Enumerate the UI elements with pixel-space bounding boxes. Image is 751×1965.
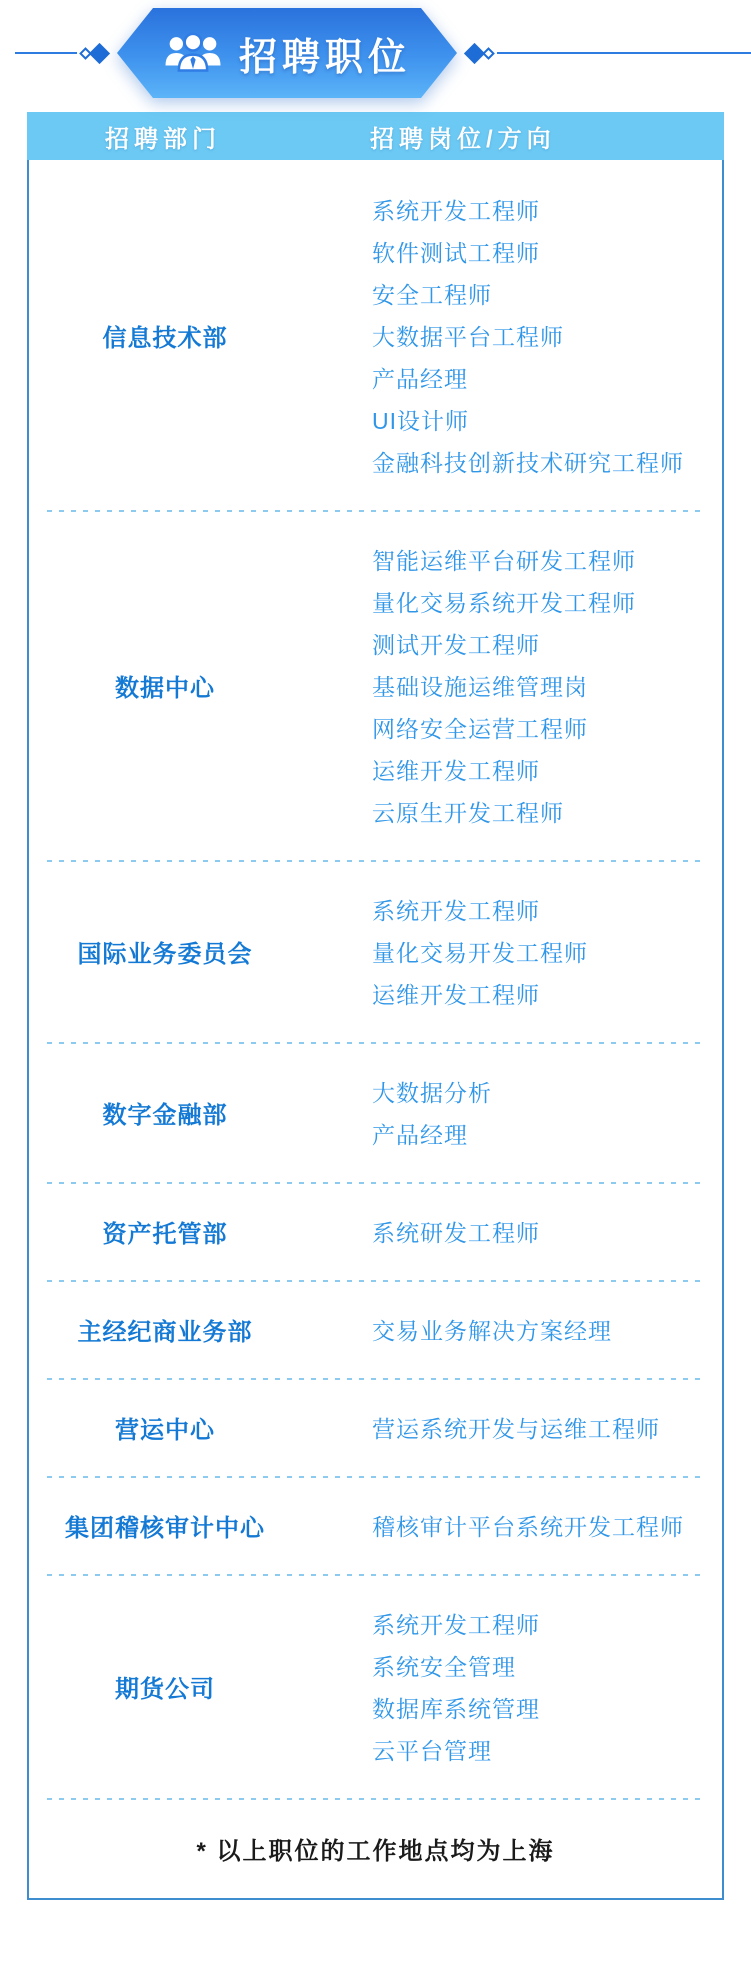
position-item: 智能运维平台研发工程师 (372, 538, 722, 580)
position-item: 系统开发工程师 (372, 1602, 722, 1644)
position-item: 云平台管理 (372, 1728, 722, 1770)
position-item: 系统开发工程师 (372, 888, 722, 930)
position-item: 软件测试工程师 (372, 230, 722, 272)
position-item: 交易业务解决方案经理 (372, 1308, 722, 1350)
position-list: 稽核审计平台系统开发工程师 (301, 1504, 722, 1546)
department-section: 资产托管部 系统研发工程师 (29, 1182, 722, 1280)
banner-title: 招聘职位 (239, 26, 411, 81)
position-item: UI设计师 (372, 398, 722, 440)
department-section: 营运中心 营运系统开发与运维工程师 (29, 1378, 722, 1476)
position-item: 产品经理 (372, 356, 722, 398)
department-section: 集团稽核审计中心 稽核审计平台系统开发工程师 (29, 1476, 722, 1574)
department-name: 数据中心 (29, 538, 301, 832)
position-item: 运维开发工程师 (372, 748, 722, 790)
department-name: 集团稽核审计中心 (29, 1504, 301, 1546)
department-name: 期货公司 (29, 1602, 301, 1770)
position-item: 量化交易系统开发工程师 (372, 580, 722, 622)
department-section: 数字金融部 大数据分析产品经理 (29, 1042, 722, 1182)
department-name: 资产托管部 (29, 1210, 301, 1252)
team-icon (163, 31, 223, 75)
table-header-row: 招聘部门 招聘岗位/方向 (27, 112, 724, 160)
department-name: 营运中心 (29, 1406, 301, 1448)
position-item: 基础设施运维管理岗 (372, 664, 722, 706)
decor-diamonds-right (467, 46, 493, 61)
position-item: 系统研发工程师 (372, 1210, 722, 1252)
hollow-diamond-icon (482, 47, 495, 60)
position-item: 系统安全管理 (372, 1644, 722, 1686)
department-name: 国际业务委员会 (29, 888, 301, 1014)
sections-container: 信息技术部 系统开发工程师软件测试工程师安全工程师大数据平台工程师产品经理UI设… (29, 160, 722, 1798)
department-section: 国际业务委员会 系统开发工程师量化交易开发工程师运维开发工程师 (29, 860, 722, 1042)
position-list: 交易业务解决方案经理 (301, 1308, 722, 1350)
column-header-positions: 招聘岗位/方向 (299, 119, 724, 154)
position-item: 测试开发工程师 (372, 622, 722, 664)
position-item: 运维开发工程师 (372, 972, 722, 1014)
decor-line-left (15, 52, 77, 54)
position-item: 量化交易开发工程师 (372, 930, 722, 972)
banner-wrap: 招聘职位 (111, 8, 463, 98)
footnote: * 以上职位的工作地点均为上海 (29, 1798, 722, 1898)
position-item: 营运系统开发与运维工程师 (372, 1406, 722, 1448)
position-item: 安全工程师 (372, 272, 722, 314)
position-list: 系统开发工程师系统安全管理数据库系统管理云平台管理 (301, 1602, 722, 1770)
position-item: 云原生开发工程师 (372, 790, 722, 832)
department-name: 主经纪商业务部 (29, 1308, 301, 1350)
banner: 招聘职位 (117, 8, 457, 98)
department-section: 信息技术部 系统开发工程师软件测试工程师安全工程师大数据平台工程师产品经理UI设… (29, 160, 722, 510)
position-item: 大数据平台工程师 (372, 314, 722, 356)
section-divider (47, 1798, 704, 1800)
column-header-department: 招聘部门 (27, 119, 299, 154)
banner-row: 招聘职位 (0, 8, 751, 98)
position-item: 产品经理 (372, 1112, 722, 1154)
decor-diamonds-left (81, 46, 107, 61)
position-item: 大数据分析 (372, 1070, 722, 1112)
department-section: 数据中心 智能运维平台研发工程师量化交易系统开发工程师测试开发工程师基础设施运维… (29, 510, 722, 860)
position-list: 系统研发工程师 (301, 1210, 722, 1252)
position-item: 金融科技创新技术研究工程师 (372, 440, 722, 482)
positions-table: 招聘部门 招聘岗位/方向 信息技术部 系统开发工程师软件测试工程师安全工程师大数… (27, 112, 724, 1900)
solid-diamond-icon (89, 42, 110, 63)
recruitment-poster: 招聘职位 招聘部门 招聘岗位/方向 信息技术部 系统开发工程师软件测试工程师安全… (0, 8, 751, 1965)
position-item: 网络安全运营工程师 (372, 706, 722, 748)
department-name: 信息技术部 (29, 188, 301, 482)
decor-line-right (497, 52, 751, 54)
department-section: 主经纪商业务部 交易业务解决方案经理 (29, 1280, 722, 1378)
department-name: 数字金融部 (29, 1070, 301, 1154)
position-list: 营运系统开发与运维工程师 (301, 1406, 722, 1448)
position-list: 智能运维平台研发工程师量化交易系统开发工程师测试开发工程师基础设施运维管理岗网络… (301, 538, 722, 832)
position-item: 稽核审计平台系统开发工程师 (372, 1504, 722, 1546)
position-list: 系统开发工程师软件测试工程师安全工程师大数据平台工程师产品经理UI设计师金融科技… (301, 188, 722, 482)
position-item: 数据库系统管理 (372, 1686, 722, 1728)
department-section: 期货公司 系统开发工程师系统安全管理数据库系统管理云平台管理 (29, 1574, 722, 1798)
position-item: 系统开发工程师 (372, 188, 722, 230)
table-body: 信息技术部 系统开发工程师软件测试工程师安全工程师大数据平台工程师产品经理UI设… (27, 160, 724, 1900)
position-list: 系统开发工程师量化交易开发工程师运维开发工程师 (301, 888, 722, 1014)
position-list: 大数据分析产品经理 (301, 1070, 722, 1154)
